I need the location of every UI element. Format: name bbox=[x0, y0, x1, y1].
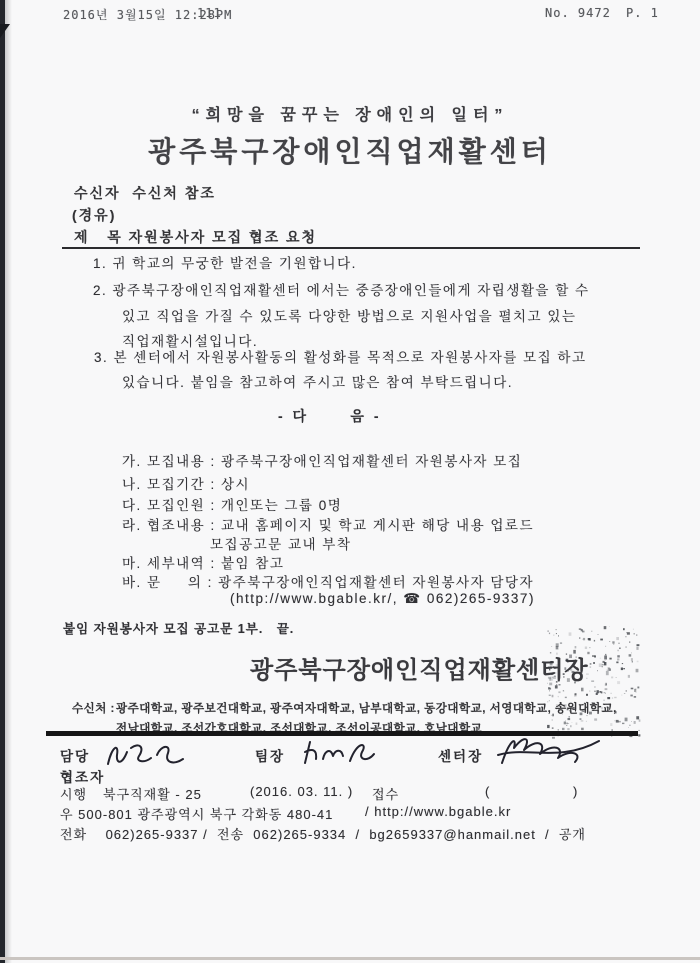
detail-inquiry-contact: (http://www.bgable.kr/, ☎ 062)265-9337) bbox=[230, 591, 535, 607]
fax-doc-number: No. 9472 bbox=[545, 6, 611, 20]
dispatch-date: (2016. 03. 11. ) bbox=[250, 784, 353, 799]
fax-station-id: 111 bbox=[197, 6, 222, 20]
detail-inquiry: 바. 문 의 : 광주북구장애인직업재활센터 자원봉사자 담당자 bbox=[122, 571, 534, 591]
body-paragraph-1: 1. 귀 학교의 무궁한 발전을 기원합니다. bbox=[93, 252, 357, 272]
postal-address: 우 500-801 광주광역시 북구 각화동 480-41 bbox=[60, 804, 333, 823]
signature-staff bbox=[102, 737, 194, 771]
body-paragraph-2: 2. 광주북구장애인직업재활센터 에서는 중증장애인들에게 자립생활을 할 수 bbox=[93, 279, 590, 299]
approval-director-label: 센터장 bbox=[438, 745, 483, 765]
approval-cooperator-label: 협조자 bbox=[60, 766, 105, 786]
detail-specifics: 마. 세부내역 : 붙임 참고 bbox=[122, 552, 284, 572]
signature-team-lead bbox=[300, 737, 384, 769]
detail-recruit-period: 나. 모집기간 : 상시 bbox=[122, 473, 250, 493]
website-url: / http://www.bgable.kr bbox=[365, 804, 511, 819]
fax-page-number: P. 1 bbox=[626, 6, 659, 20]
daum-separator: - 다 음 - bbox=[278, 406, 382, 426]
letterhead-slogan: “희망을 꿈꾸는 장애인의 일터” bbox=[0, 102, 700, 125]
approval-team-lead-label: 팀장 bbox=[255, 745, 285, 765]
body-paragraph-3: 3. 본 센터에서 자원봉사활동의 활성화를 목적으로 자원봉사자를 모집 하고 bbox=[94, 346, 587, 366]
signature-director bbox=[495, 731, 605, 771]
dispatch-doc-ref: 북구직재활 - 25 bbox=[103, 784, 202, 803]
body-paragraph-2-cont: 있고 직업을 가질 수 있도록 다양한 방법으로 지원사업을 펼치고 있는 bbox=[122, 305, 576, 325]
recipients-line-1: 광주대학교, 광주보건대학교, 광주여자대학교, 남부대학교, 동강대학교, 서… bbox=[116, 700, 617, 716]
dispatch-label: 시행 bbox=[60, 784, 87, 803]
subject-line: 제 목 자원봉사자 모집 협조 요청 bbox=[74, 227, 317, 247]
contact-line: 전화 062)265-9337 / 전송 062)265-9334 / bg26… bbox=[60, 824, 586, 843]
receipt-paren-open: ( bbox=[485, 784, 490, 799]
receipt-paren-close: ) bbox=[573, 784, 578, 799]
detail-cooperation: 라. 협조내용 : 교내 홈페이지 및 학교 게시판 해당 내용 업로드 bbox=[122, 514, 534, 534]
body-paragraph-3-cont: 있습니다. 붙임을 참고하여 주시고 많은 참여 부탁드립니다. bbox=[122, 371, 513, 391]
official-stamp bbox=[547, 626, 647, 744]
scan-bottom-edge bbox=[0, 957, 700, 960]
detail-cooperation-cont: 모집공고문 교내 부착 bbox=[210, 533, 351, 553]
detail-recruit-count: 다. 모집인원 : 개인또는 그룹 0명 bbox=[122, 494, 342, 514]
recipients-label: 수신처 : bbox=[72, 700, 115, 716]
attachment-note: 붙임 자원봉사자 모집 공고문 1부. 끝. bbox=[63, 619, 294, 637]
letterhead-org-name: 광주북구장애인직업재활센터 bbox=[0, 130, 700, 170]
subject-divider-rule bbox=[62, 247, 640, 249]
approval-staff-label: 담당 bbox=[60, 745, 90, 765]
receipt-label: 접수 bbox=[372, 784, 399, 803]
signer-title: 광주북구장애인직업재활센터장 bbox=[250, 650, 589, 685]
recipient-line: 수신자 수신처 참조 bbox=[74, 183, 216, 203]
scan-corner-artifact bbox=[0, 24, 10, 38]
scanned-fax-document: 2016년 3월15일 12:28PM 111 No. 9472 P. 1 “희… bbox=[0, 0, 700, 963]
detail-recruit-content: 가. 모집내용 : 광주북구장애인직업재활센터 자원봉사자 모집 bbox=[122, 450, 522, 470]
via-line: (경유) bbox=[72, 205, 116, 225]
